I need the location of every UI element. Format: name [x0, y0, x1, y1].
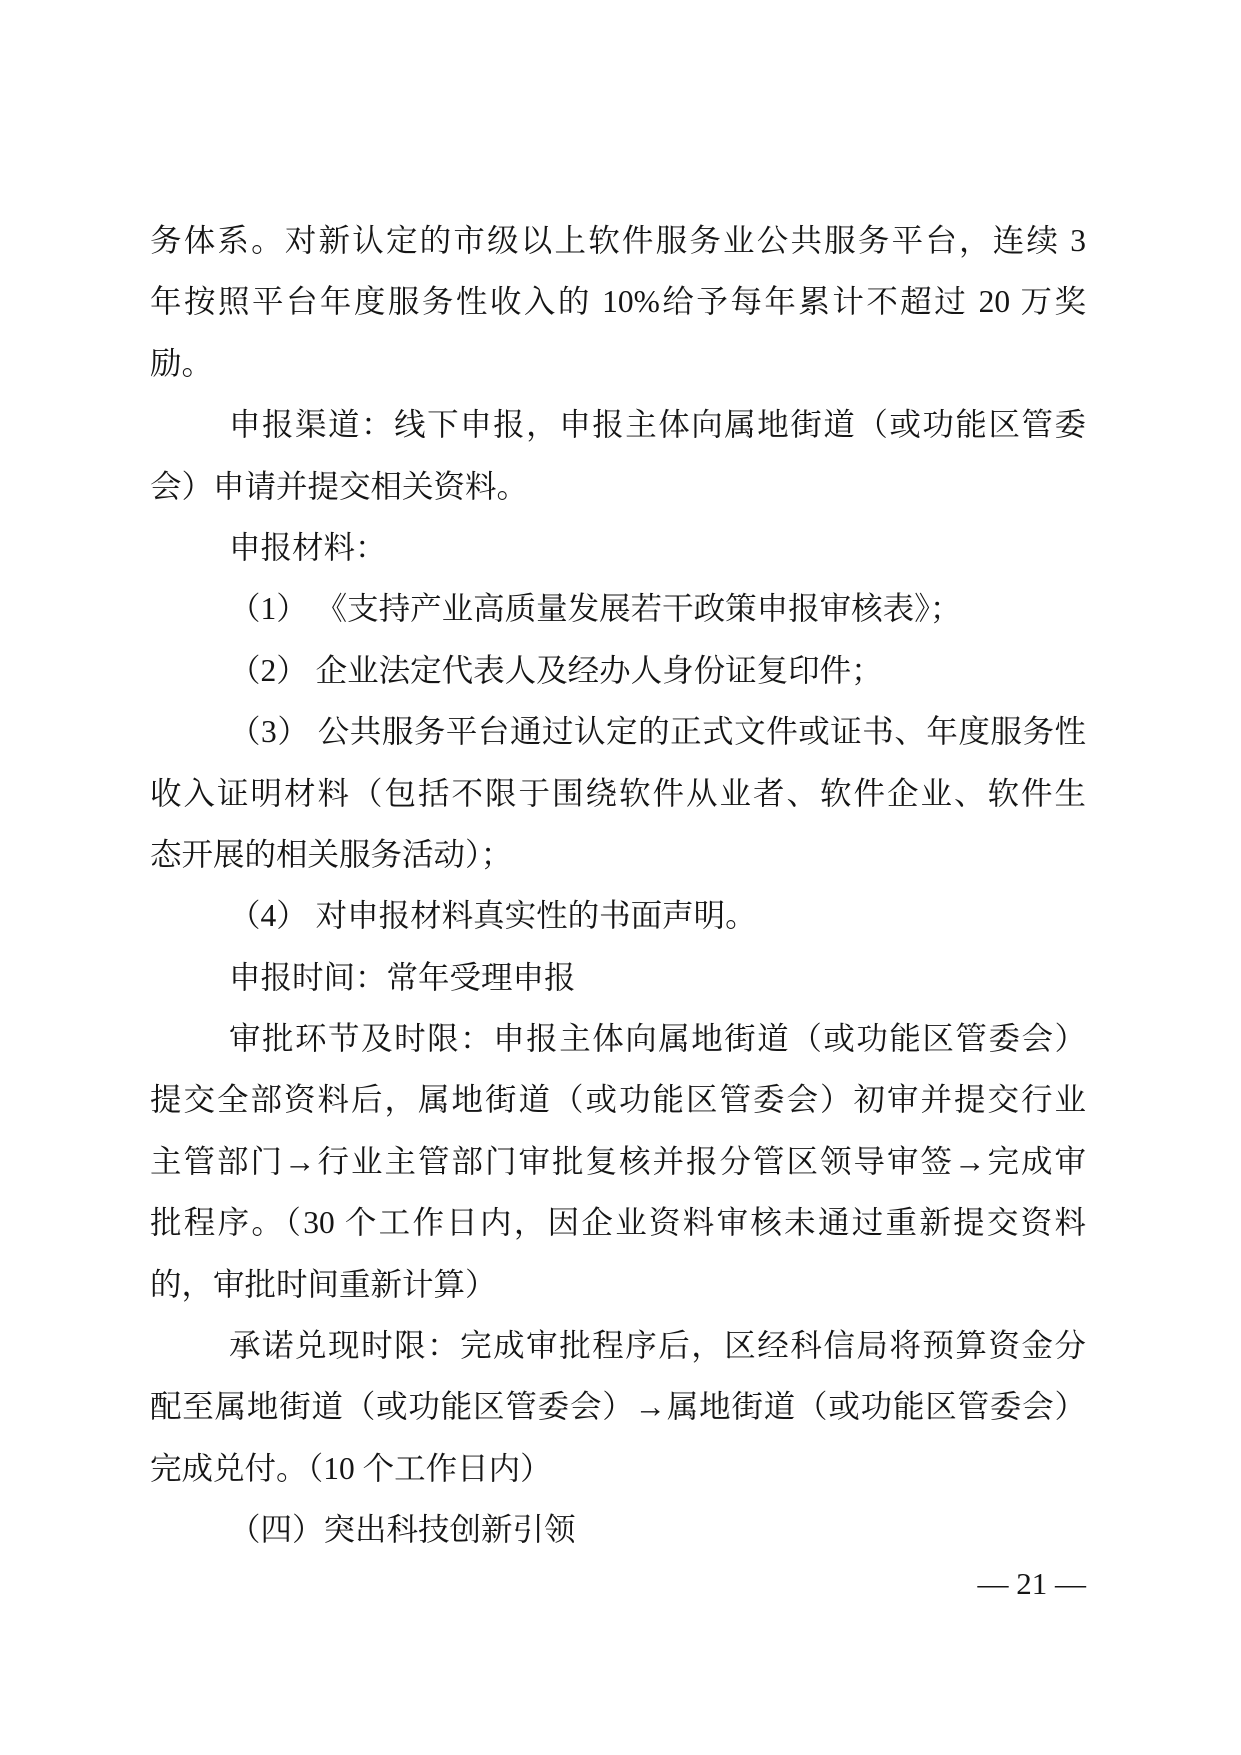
text-line: 务体系。对新认定的市级以上软件服务业公共服务平台，连续 3: [150, 210, 1086, 271]
text-line: 申报时间：常年受理申报: [150, 947, 1086, 1008]
text-line: 励。: [150, 333, 1086, 394]
text-line: 的，审批时间重新计算）: [150, 1254, 1086, 1315]
text-line: 申报渠道：线下申报，申报主体向属地街道（或功能区管委: [150, 394, 1086, 455]
text-line: （四）突出科技创新引领: [150, 1499, 1086, 1560]
text-line: 主管部门→行业主管部门审批复核并报分管区领导审签→完成审: [150, 1131, 1086, 1192]
paragraph: 承诺兑现时限：完成审批程序后，区经科信局将预算资金分配至属地街道（或功能区管委会…: [150, 1315, 1086, 1499]
text-line: 提交全部资料后，属地街道（或功能区管委会）初审并提交行业: [150, 1069, 1086, 1130]
paragraph: （四）突出科技创新引领: [150, 1499, 1086, 1560]
text-line: 批程序。（30 个工作日内，因企业资料审核未通过重新提交资料: [150, 1192, 1086, 1253]
text-line: 完成兑付。（10 个工作日内）: [150, 1438, 1086, 1499]
paragraph: （2） 企业法定代表人及经办人身份证复印件；: [150, 640, 1086, 701]
text-line: 会）申请并提交相关资料。: [150, 456, 1086, 517]
text-block: 务体系。对新认定的市级以上软件服务业公共服务平台，连续 3年按照平台年度服务性收…: [150, 210, 1086, 1561]
document-page: 务体系。对新认定的市级以上软件服务业公共服务平台，连续 3年按照平台年度服务性收…: [0, 0, 1241, 1755]
paragraph: （3） 公共服务平台通过认定的正式文件或证书、年度服务性收入证明材料（包括不限于…: [150, 701, 1086, 885]
text-line: 收入证明材料（包括不限于围绕软件从业者、软件企业、软件生: [150, 763, 1086, 824]
text-line: （1） 《支持产业高质量发展若干政策申报审核表》；: [150, 578, 1086, 639]
text-line: 承诺兑现时限：完成审批程序后，区经科信局将预算资金分: [150, 1315, 1086, 1376]
text-line: （4） 对申报材料真实性的书面声明。: [150, 885, 1086, 946]
text-line: 配至属地街道（或功能区管委会）→属地街道（或功能区管委会）: [150, 1376, 1086, 1437]
paragraph: （4） 对申报材料真实性的书面声明。: [150, 885, 1086, 946]
text-line: 年按照平台年度服务性收入的 10%给予每年累计不超过 20 万奖: [150, 271, 1086, 332]
text-line: 态开展的相关服务活动）；: [150, 824, 1086, 885]
text-line: 审批环节及时限：申报主体向属地街道（或功能区管委会）: [150, 1008, 1086, 1069]
paragraph: 申报时间：常年受理申报: [150, 947, 1086, 1008]
paragraph: 审批环节及时限：申报主体向属地街道（或功能区管委会）提交全部资料后，属地街道（或…: [150, 1008, 1086, 1315]
text-line: （3） 公共服务平台通过认定的正式文件或证书、年度服务性: [150, 701, 1086, 762]
paragraph: 务体系。对新认定的市级以上软件服务业公共服务平台，连续 3年按照平台年度服务性收…: [150, 210, 1086, 394]
text-line: （2） 企业法定代表人及经办人身份证复印件；: [150, 640, 1086, 701]
paragraph: 申报渠道：线下申报，申报主体向属地街道（或功能区管委会）申请并提交相关资料。: [150, 394, 1086, 517]
paragraph: （1） 《支持产业高质量发展若干政策申报审核表》；: [150, 578, 1086, 639]
page-number: — 21 —: [0, 1562, 1086, 1606]
paragraph: 申报材料：: [150, 517, 1086, 578]
text-line: 申报材料：: [150, 517, 1086, 578]
